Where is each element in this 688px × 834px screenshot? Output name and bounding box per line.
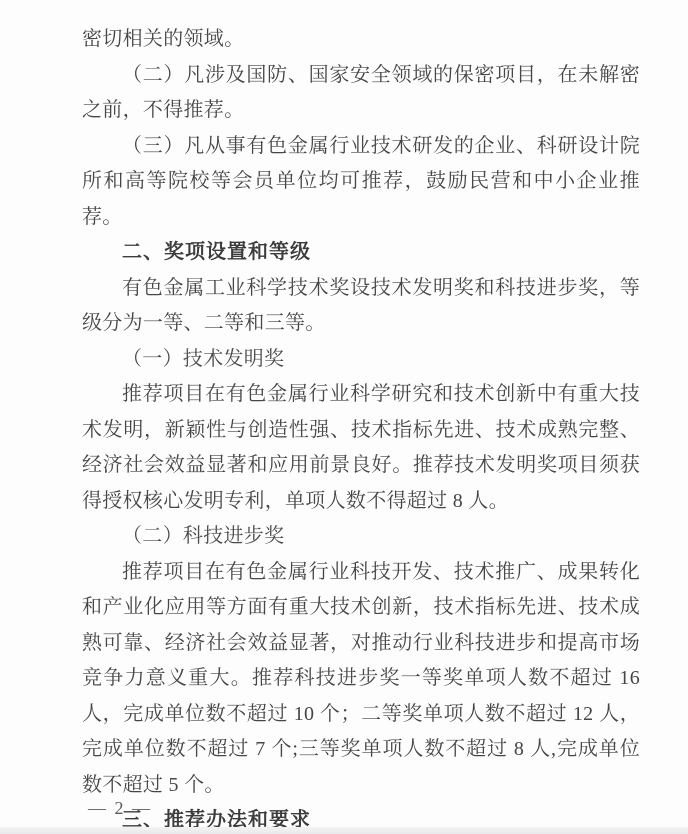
subheading-progress-award: （二）科技进步奖 bbox=[82, 519, 640, 555]
paragraph-progress-award: 推荐项目在有色金属行业科技开发、技术推广、成果转化和产业化应用等方面有重大技术创… bbox=[82, 555, 640, 804]
paragraph-continuation: 密切相关的领域。 bbox=[82, 22, 640, 58]
scanned-document-page: 密切相关的领域。 （二）凡涉及国防、国家安全领域的保密项目，在未解密之前，不得推… bbox=[0, 0, 688, 834]
document-body: 密切相关的领域。 （二）凡涉及国防、国家安全领域的保密项目，在未解密之前，不得推… bbox=[82, 0, 640, 834]
paragraph-item-3: （三）凡从事有色金属行业技术研发的企业、科研设计院所和高等院校等会员单位均可推荐… bbox=[82, 129, 640, 236]
paragraph-invention-award: 推荐项目在有色金属行业科学研究和技术创新中有重大技术发明，新颖性与创造性强、技术… bbox=[82, 377, 640, 519]
subheading-invention-award: （一）技术发明奖 bbox=[82, 342, 640, 378]
section-heading-2: 二、奖项设置和等级 bbox=[82, 235, 640, 271]
scan-edge-shadow bbox=[0, 827, 688, 834]
paragraph-award-levels: 有色金属工业科学技术奖设技术发明奖和科技进步奖，等级分为一等、二等和三等。 bbox=[82, 271, 640, 342]
paragraph-item-2: （二）凡涉及国防、国家安全领域的保密项目，在未解密之前，不得推荐。 bbox=[82, 58, 640, 129]
page-number: — 2 — bbox=[88, 798, 152, 819]
